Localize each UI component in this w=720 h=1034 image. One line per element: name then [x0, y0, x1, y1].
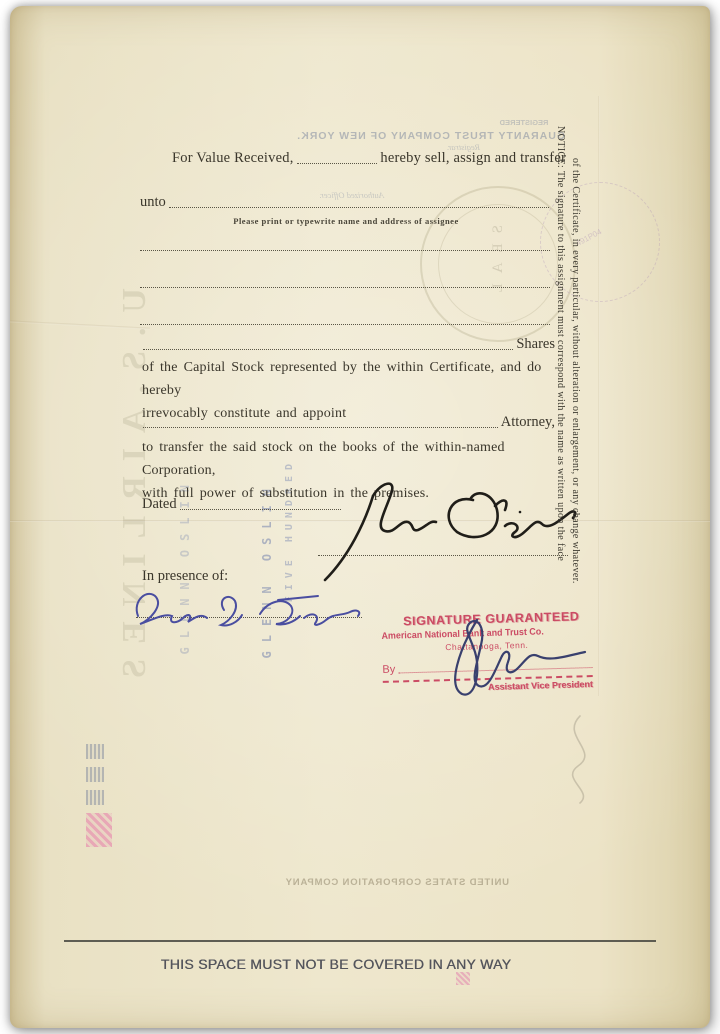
bleedthrough-serial-marks — [86, 744, 112, 847]
footer-rule — [64, 940, 656, 942]
serial-glyph — [86, 767, 104, 782]
witness-signature — [128, 580, 372, 632]
value-received-line: For Value Received, hereby sell, assign … — [172, 150, 566, 167]
value-received-suffix: hereby sell, assign and transfer — [380, 150, 566, 167]
unto-blank — [169, 207, 549, 208]
holder-signature — [305, 474, 583, 588]
attorney-line: Attorney, — [140, 414, 555, 431]
shares-suffix: Shares — [516, 336, 555, 353]
footer-caption: THIS SPACE MUST NOT BE COVERED IN ANY WA… — [16, 956, 656, 972]
bleedthrough-registered: REGISTERED — [492, 118, 556, 127]
value-received-prefix: For Value Received, — [172, 150, 294, 167]
dated-label: Dated — [142, 496, 177, 513]
shares-line: Shares — [140, 336, 555, 353]
serial-glyph — [86, 790, 104, 805]
attorney-blank — [143, 427, 498, 428]
bleedthrough-corporation-company: UNITED STATES CORPORATION COMPANY — [287, 877, 509, 888]
pink-ornament-bleed — [86, 813, 112, 847]
notice-line-1: NOTICE: The signature to this assignment… — [555, 126, 566, 561]
notice-line-2: of the Certificate, in every particular,… — [570, 158, 581, 584]
serial-glyph — [86, 744, 104, 759]
certificate-back-paper: REGISTERED GUARANTY TRUST COMPANY OF NEW… — [10, 6, 710, 1028]
assignee-blank-line-3 — [140, 323, 550, 325]
capital-stock-line-1: of the Capital Stock represented by the … — [142, 356, 548, 402]
pink-mark-bleed — [456, 972, 470, 985]
bleedthrough-trust-company: GUARANTY TRUST COMPANY OF NEW YORK. — [325, 130, 565, 142]
unto-label: unto — [140, 194, 166, 211]
embossed-seal-word: SEAL — [490, 225, 507, 303]
assignee-blank-line-2 — [140, 286, 550, 288]
assignee-helper-text: Please print or typewrite name and addre… — [140, 216, 552, 226]
unto-line: unto — [140, 194, 552, 211]
guarantor-signature — [415, 606, 593, 708]
scanned-certificate-back: REGISTERED GUARANTY TRUST COMPANY OF NEW… — [0, 0, 720, 1034]
shares-blank — [143, 349, 513, 350]
attorney-suffix: Attorney, — [501, 414, 555, 431]
value-received-blank — [297, 163, 378, 164]
assignee-blank-line-1 — [140, 249, 550, 251]
stamp-by-label: By — [382, 664, 395, 676]
ghost-signature-squiggle — [550, 711, 610, 806]
